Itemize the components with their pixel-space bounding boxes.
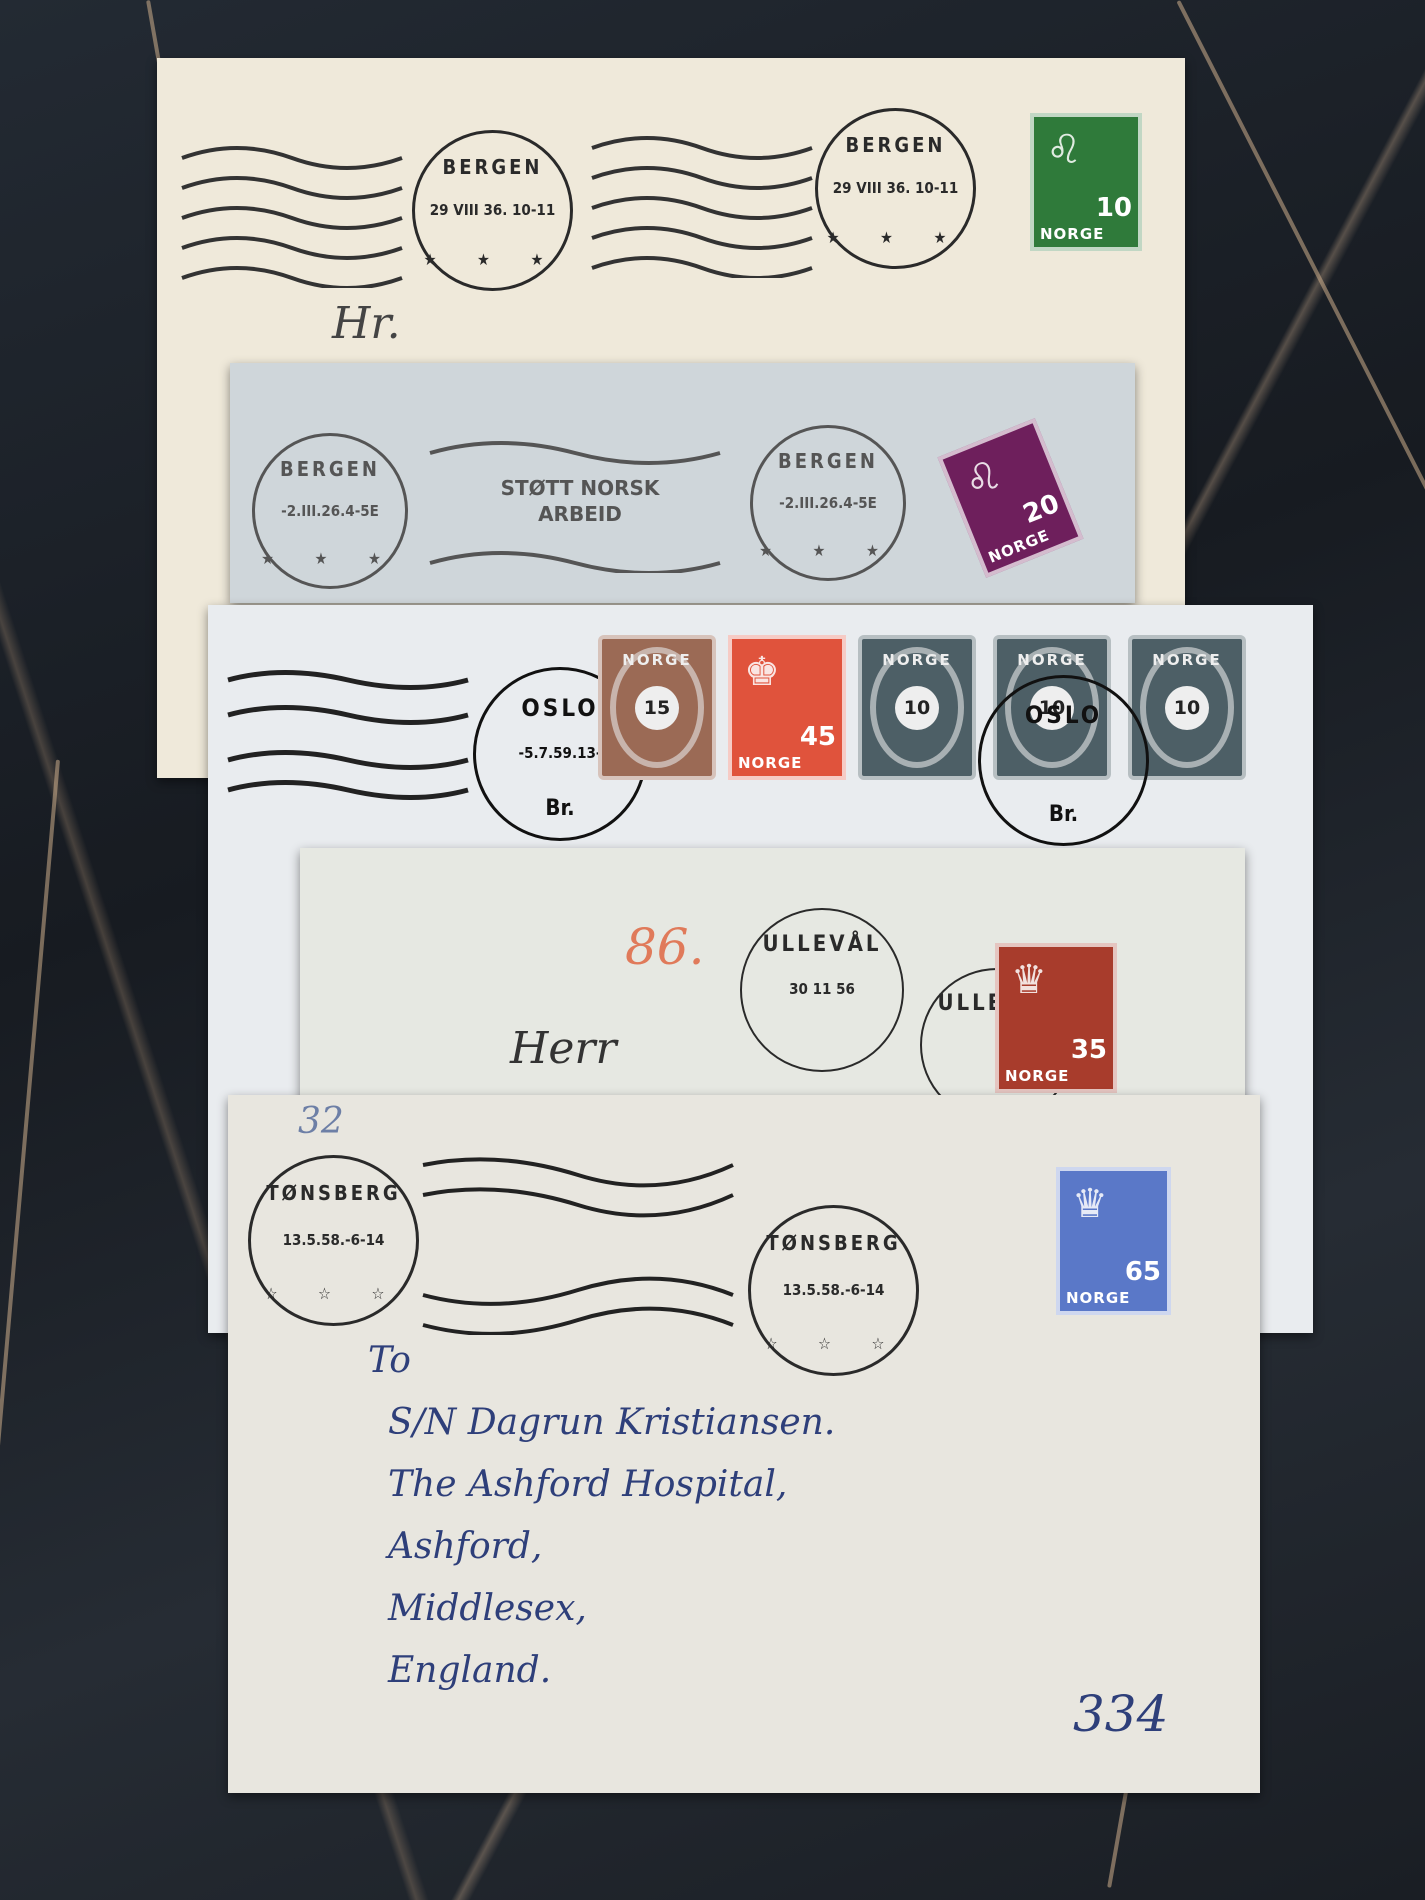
postmark: ULLEVÅL 30 11 56 [740, 908, 904, 1072]
envelope-tonsberg-1958: 32 TØNSBERG 13.5.58.-6-14 ☆ ☆ ☆ TØNSBERG… [228, 1095, 1260, 1793]
lion-icon: ♌ [958, 451, 1008, 507]
postmark: BERGEN 29 VIII 36. 10-11 ★ ★ ★ [412, 130, 573, 291]
note-86: 86. [625, 918, 705, 976]
recipient-address: ToS/N Dagrun Kristiansen.The Ashford Hos… [388, 1330, 835, 1702]
note-32: 32 [298, 1101, 344, 1142]
stamp-lion-10: ♌ 10 NORGE [1030, 113, 1142, 251]
stamp-king-45: ♚45NORGE [728, 635, 846, 780]
stamp-lion-20: ♌ 20 NORGE [937, 418, 1083, 578]
address-line: Middlesex, [388, 1578, 835, 1640]
handwriting: Hr. [332, 298, 401, 349]
envelope-ulleval-1956: 86. ULLEVÅL 30 11 56 ULLEVÅL ♛ 35 NORGE … [300, 848, 1245, 1116]
postmark: OSLO Br. [978, 675, 1149, 846]
postmark: BERGEN -2.III.26.4-5E ★ ★ ★ [252, 433, 408, 589]
king-portrait-icon: ♛ [1072, 1181, 1108, 1227]
postmark: BERGEN -2.III.26.4-5E ★ ★ ★ [750, 425, 906, 581]
king-portrait-icon: ♚ [744, 649, 780, 695]
postmark: TØNSBERG 13.5.58.-6-14 ☆ ☆ ☆ [248, 1155, 419, 1326]
stamp-king-35: ♛ 35 NORGE [995, 943, 1117, 1093]
stamp-posthorn-15: NORGE15 [598, 635, 716, 780]
address-line: S/N Dagrun Kristiansen. [388, 1392, 835, 1454]
lion-icon: ♌ [1046, 127, 1082, 173]
wave-cancel [587, 128, 817, 278]
stamp-king-65: ♛ 65 NORGE [1056, 1167, 1171, 1315]
slogan-cancel: STØTT NORSKARBEID [480, 475, 680, 527]
corner-number: 334 [1073, 1685, 1168, 1743]
handwriting: Herr [510, 1023, 616, 1074]
postmark: BERGEN 29 VIII 36. 10-11 ★ ★ ★ [815, 108, 976, 269]
posthorn-icon: 15 [635, 686, 679, 730]
posthorn-icon: 10 [895, 686, 939, 730]
wave-cancel [418, 1155, 738, 1335]
king-portrait-icon: ♛ [1011, 957, 1047, 1003]
wave-cancel [177, 138, 407, 288]
address-line: England. [388, 1640, 835, 1702]
posthorn-icon: 10 [1165, 686, 1209, 730]
address-line: Ashford, [388, 1516, 835, 1578]
address-line: To [368, 1330, 835, 1392]
envelope-bergen-1926: BERGEN -2.III.26.4-5E ★ ★ ★ STØTT NORSKA… [230, 363, 1135, 603]
address-line: The Ashford Hospital, [388, 1454, 835, 1516]
wave-cancel [223, 660, 473, 800]
stamp-posthorn-10: NORGE10 [858, 635, 976, 780]
